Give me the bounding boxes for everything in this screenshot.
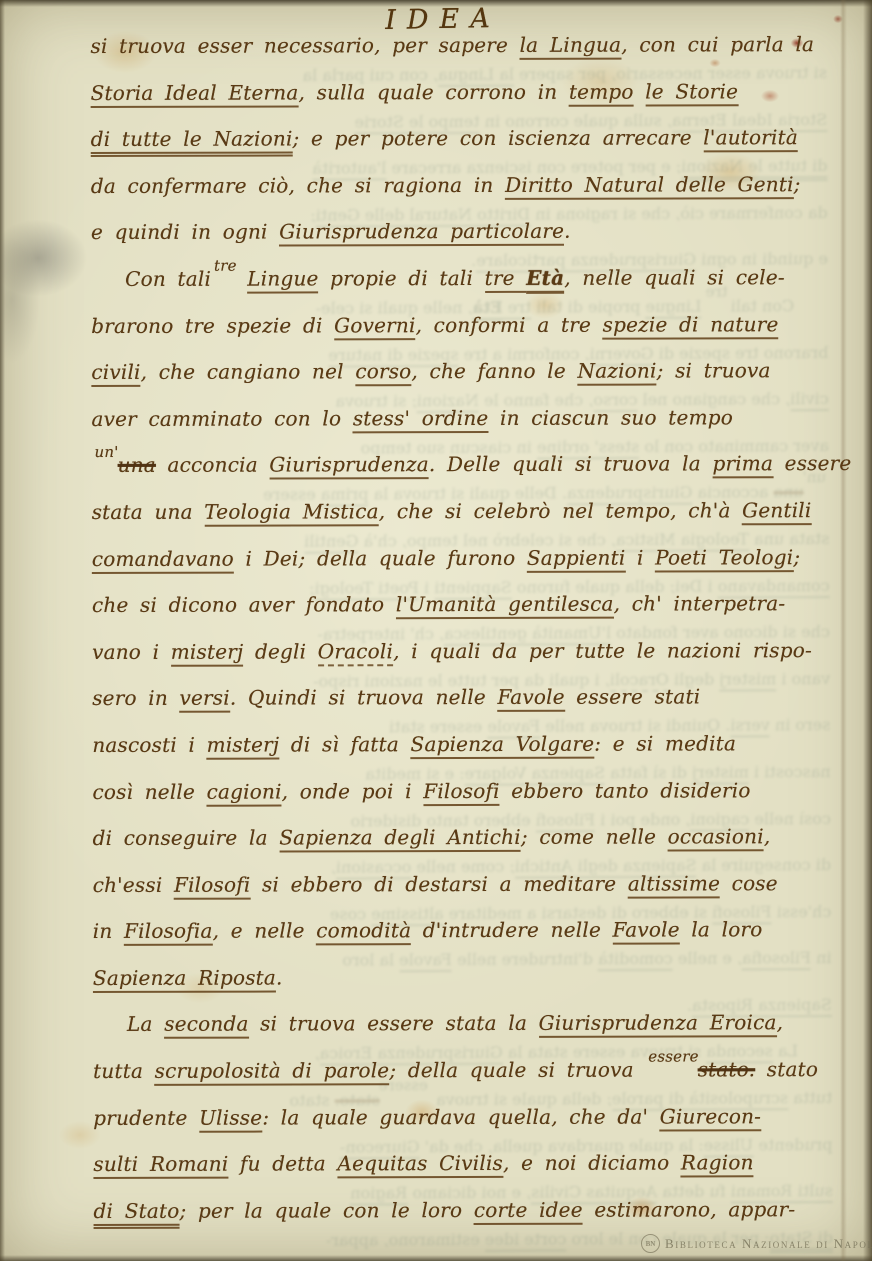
manuscript-text-segment: ; della quale si truova bbox=[389, 1058, 645, 1083]
manuscript-text-segment: in bbox=[93, 919, 124, 943]
manuscript-text-segment: Sapienza degli Antichi bbox=[279, 825, 521, 853]
manuscript-text-segment: ; si truova bbox=[657, 358, 771, 382]
manuscript-text-segment: , con cui parla la bbox=[621, 32, 814, 57]
manuscript-text-segment: occasioni bbox=[668, 824, 764, 851]
manuscript-text-segment: , sulla quale corrono in bbox=[298, 79, 569, 104]
manuscript-text-segment: nascosti i bbox=[92, 733, 206, 757]
manuscript-text-segment: sero in bbox=[92, 686, 179, 710]
manuscript-text-segment: Età bbox=[526, 266, 564, 294]
manuscript-line: sero in versi. Quindi si truova nelle Fa… bbox=[92, 673, 854, 722]
manuscript-text-segment: misterj bbox=[207, 732, 280, 759]
manuscript-line: di conseguire la Sapienza degli Antichi;… bbox=[92, 813, 854, 862]
manuscript-text-segment: : la quale guardava quella, che da' bbox=[262, 1104, 660, 1129]
manuscript-line: in Filosofia, e nelle comodità d'intrude… bbox=[93, 906, 855, 955]
manuscript-text-segment: comodità bbox=[316, 918, 411, 945]
manuscript-line: civili, che cangiano nel corso, che fann… bbox=[91, 347, 853, 396]
manuscript-text-segment: prudente bbox=[93, 1105, 199, 1129]
manuscript-text-segment: Filosofi bbox=[423, 778, 499, 805]
manuscript-text-segment: di sì fatta bbox=[279, 732, 410, 756]
manuscript-text-segment: stata una bbox=[92, 500, 205, 524]
manuscript-text-segment: di conseguire la bbox=[93, 826, 280, 850]
manuscript-text-segment: La bbox=[127, 1012, 164, 1036]
manuscript-lines: si truova esser necessario, per sapere l… bbox=[90, 21, 855, 1234]
manuscript-text-segment: civili bbox=[91, 360, 140, 387]
manuscript-text-segment: altissime bbox=[628, 871, 720, 898]
manuscript-text-segment: acconcia bbox=[156, 453, 270, 477]
manuscript-text-segment: così nelle bbox=[92, 779, 206, 803]
manuscript-text-segment: , onde poi i bbox=[282, 779, 424, 803]
manuscript-text-segment: . Quindi si truova nelle bbox=[230, 685, 498, 710]
manuscript-text-segment: , nelle quali si cele- bbox=[564, 265, 785, 290]
manuscript-text-segment: una bbox=[118, 453, 156, 477]
library-emblem-icon: BN bbox=[641, 1234, 660, 1253]
manuscript-text-segment: e quindi in ogni bbox=[91, 220, 279, 244]
manuscript-line: Storia Ideal Eterna, sulla quale corrono… bbox=[91, 68, 853, 117]
manuscript-text-segment: di tutte le Nazioni bbox=[91, 127, 293, 158]
manuscript-text-segment: Favole bbox=[613, 918, 680, 945]
manuscript-text-segment: Oracoli bbox=[318, 639, 393, 666]
manuscript-text-segment: prima bbox=[712, 452, 773, 479]
manuscript-text-segment: tempo bbox=[569, 79, 634, 106]
manuscript-text-segment: corte idee bbox=[474, 1198, 583, 1225]
manuscript-text-segment: da confermare ciò, che si ragiona in bbox=[91, 173, 505, 198]
manuscript-text-segment: cose bbox=[720, 871, 778, 895]
manuscript-text-segment: si ebbero di destarsi a meditare bbox=[250, 871, 627, 896]
manuscript-text-segment: Gentili bbox=[742, 498, 811, 525]
manuscript-text-segment: , bbox=[777, 1011, 784, 1035]
manuscript-text-segment: tre bbox=[485, 266, 527, 293]
manuscript-text-segment: Poeti Teologi bbox=[655, 545, 793, 572]
manuscript-text-segment: ; come nelle bbox=[521, 825, 668, 849]
page-heading: IDEA bbox=[385, 3, 501, 36]
manuscript-text-segment: fu detta bbox=[228, 1152, 337, 1176]
manuscript-line: da confermare ciò, che si ragiona in Dir… bbox=[91, 161, 853, 210]
manuscript-line: così nelle cagioni, onde poi i Filosofi … bbox=[92, 767, 854, 816]
manuscript-text-segment: sulti Romani bbox=[93, 1152, 228, 1179]
manuscript-text-segment: propie di tali bbox=[319, 266, 485, 290]
manuscript-line: Sapienza Riposta. bbox=[93, 953, 855, 1002]
manuscript-text-segment: Aequitas Civilis bbox=[337, 1151, 503, 1178]
manuscript-text-segment: che si dicono aver fondato bbox=[92, 592, 396, 617]
manuscript-text-segment: . bbox=[276, 965, 283, 989]
manuscript-text-segment: , conformi a tre bbox=[416, 312, 603, 336]
manuscript-text-segment: Ulisse bbox=[199, 1105, 262, 1132]
manuscript-text-segment: : e si medita bbox=[594, 731, 736, 755]
manuscript-text-segment: d'intrudere nelle bbox=[411, 918, 612, 943]
manuscript-text-segment: la Lingua bbox=[520, 33, 622, 60]
manuscript-text-segment: stato. bbox=[698, 1057, 756, 1081]
manuscript-line: tutta scrupolosità di parole; della qual… bbox=[93, 1046, 855, 1095]
manuscript-line: vano i misterj degli Oracoli, i quali da… bbox=[92, 627, 854, 676]
manuscript-text-segment: ; e per potere con iscienza arrecare bbox=[293, 126, 704, 151]
manuscript-text-segment: . bbox=[564, 219, 571, 243]
manuscript-text-segment: Governi bbox=[334, 313, 415, 340]
manuscript-line: La seconda si truova essere stata la Giu… bbox=[93, 999, 855, 1048]
manuscript-text-segment: si truova esser necessario, per sapere bbox=[90, 33, 519, 58]
manuscript-text-segment: aver camminato con lo bbox=[91, 406, 352, 431]
manuscript-text-segment: degli bbox=[243, 639, 317, 663]
manuscript-line: e quindi in ogni Giurisprudenza particol… bbox=[91, 207, 853, 256]
manuscript-text-segment: Sappienti bbox=[527, 545, 626, 572]
manuscript-text-segment: Filosofia bbox=[124, 919, 213, 946]
manuscript-text-segment: Favole bbox=[497, 685, 564, 712]
manuscript-text-segment: Giurisprudenza Eroica bbox=[539, 1011, 777, 1039]
manuscript-text-segment: , i quali da per tutte le nazioni rispo- bbox=[393, 638, 812, 663]
manuscript-text-segment: l'autorità bbox=[703, 125, 798, 152]
manuscript-text-segment: Sapienza Riposta bbox=[93, 965, 276, 992]
manuscript-text-segment: Sapienza Volgare bbox=[410, 732, 594, 759]
manuscript-line: comandavano i Dei; della quale furono Sa… bbox=[92, 534, 854, 583]
manuscript-text-segment: seconda bbox=[164, 1012, 248, 1039]
manuscript-text-segment bbox=[236, 267, 248, 291]
manuscript-text-segment: ; bbox=[793, 545, 800, 569]
manuscript-text-segment: brarono tre spezie di bbox=[91, 313, 334, 338]
manuscript-line: prudente Ulisse: la quale guardava quell… bbox=[93, 1093, 855, 1142]
manuscript-text-segment: in ciascun suo tempo bbox=[488, 405, 733, 430]
manuscript-text-segment: , che si celebrò nel tempo, ch'à bbox=[379, 498, 742, 523]
manuscript-line: sulti Romani fu detta Aequitas Civilis, … bbox=[93, 1139, 855, 1188]
manuscript-line: ch'essi Filosofi si ebbero di destarsi a… bbox=[93, 860, 855, 909]
manuscript-text-segment: Giurisprudenza particolare bbox=[279, 219, 564, 247]
manuscript-text-segment: ch'essi bbox=[93, 872, 174, 896]
manuscript-text-segment: , ch' interpetra- bbox=[614, 591, 786, 615]
manuscript-text-segment: , bbox=[764, 824, 771, 848]
manuscript-line: stata una Teologia Mistica, che si celeb… bbox=[92, 487, 854, 536]
manuscript-text-segment: Giurecon- bbox=[660, 1104, 761, 1131]
manuscript-text-segment: scrupolosità di parole bbox=[155, 1058, 390, 1086]
manuscript-text-segment: cagioni bbox=[207, 779, 282, 806]
manuscript-text-segment: Ragion bbox=[681, 1151, 754, 1178]
manuscript-text-segment: stess' ordine bbox=[353, 406, 489, 433]
manuscript-line: Con talitre Lingue propie di tali tre Et… bbox=[91, 254, 853, 303]
manuscript-text-segment: ebbero tanto disiderio bbox=[500, 778, 751, 803]
manuscript-text-segment: le Storie bbox=[645, 79, 738, 106]
manuscript-line: di tutte le Nazioni; e per potere con is… bbox=[91, 114, 853, 163]
manuscript-text-segment: ; bbox=[794, 172, 801, 196]
manuscript-text-segment: Storia Ideal Eterna bbox=[91, 80, 299, 108]
manuscript-text-segment: comandavano bbox=[92, 546, 234, 573]
manuscript-text-segment: essere bbox=[773, 451, 851, 475]
manuscript-text-segment: stato bbox=[755, 1057, 818, 1081]
manuscript-text-segment: la loro bbox=[680, 918, 763, 942]
manuscript-text-segment: misterj bbox=[171, 639, 244, 666]
manuscript-text-segment: i bbox=[625, 545, 655, 569]
manuscript-text-segment: , e nelle bbox=[213, 919, 317, 943]
library-watermark: BN Biblioteca Nazionale di Napoli bbox=[641, 1234, 872, 1253]
manuscript-text-segment: Lingue bbox=[247, 266, 318, 293]
manuscript-text-segment: Diritto Natural delle Genti bbox=[505, 172, 794, 200]
manuscript-text-segment: , che cangiano nel bbox=[141, 359, 356, 384]
manuscript-text-segment: . Delle quali si truova la bbox=[429, 452, 713, 477]
manuscript-text-segment: si truova essere stata la bbox=[249, 1011, 539, 1036]
library-watermark-text: Biblioteca Nazionale di Napoli bbox=[665, 1236, 872, 1252]
manuscript-line: nascosti i misterj di sì fatta Sapienza … bbox=[92, 720, 854, 769]
manuscript-text-segment: di Stato bbox=[93, 1199, 179, 1229]
manuscript-text-segment: vano i bbox=[92, 640, 171, 664]
manuscript-text-segment: versi bbox=[179, 686, 229, 713]
manuscript-line: che si dicono aver fondato l'Umanità gen… bbox=[92, 580, 854, 629]
manuscript-line: un'una acconcia Giurisprudenza. Delle qu… bbox=[92, 440, 854, 489]
manuscript-line: aver camminato con lo stess' ordine in c… bbox=[91, 394, 853, 443]
manuscript-line: brarono tre spezie di Governi, conformi … bbox=[91, 301, 853, 350]
manuscript-line: di Stato; per la quale con le loro corte… bbox=[93, 1186, 855, 1235]
manuscript-text-segment: corso bbox=[355, 359, 411, 386]
manuscript-text-segment: , e noi diciamo bbox=[503, 1151, 681, 1175]
manuscript-page: si truova esser necessario, per sapere l… bbox=[0, 0, 872, 1261]
manuscript-text-segment: estimarono, appar- bbox=[583, 1197, 796, 1222]
manuscript-text-segment: Filosofi bbox=[174, 872, 250, 899]
manuscript-text-segment: l'Umanità gentilesca bbox=[396, 592, 614, 620]
manuscript-text-segment: i Dei; della quale furono bbox=[234, 545, 527, 570]
manuscript-text-segment: essere stati bbox=[565, 685, 701, 709]
manuscript-text-segment: spezie di nature bbox=[603, 312, 779, 339]
manuscript-text-segment: Con tali bbox=[125, 267, 211, 291]
manuscript-text-segment: Giurisprudenza bbox=[269, 452, 429, 479]
manuscript-text-segment: ; per la quale con le loro bbox=[179, 1198, 473, 1223]
manuscript-text-segment: Nazioni bbox=[577, 359, 656, 386]
manuscript-text-segment bbox=[634, 79, 646, 103]
manuscript-text-segment: , che fanno le bbox=[411, 359, 577, 383]
manuscript-text-segment: tutta bbox=[93, 1059, 155, 1083]
manuscript-text-segment: Teologia Mistica bbox=[204, 499, 379, 526]
